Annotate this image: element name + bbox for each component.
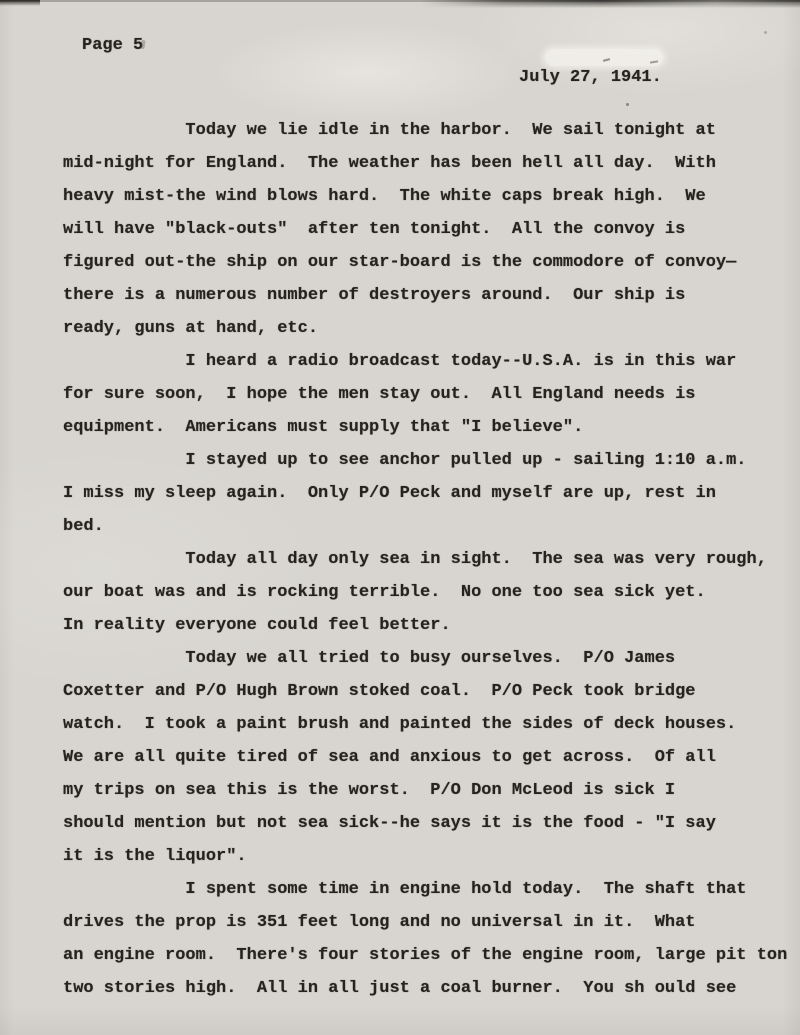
text-line: should mention but not sea sick--he says… [63, 807, 793, 840]
whiteout-smudge [545, 49, 663, 66]
scan-edge-artifact [420, 0, 800, 8]
text-line: I spent some time in engine hold today. … [63, 873, 793, 906]
text-line: two stories high. All in all just a coal… [63, 972, 793, 1005]
text-line: heavy mist-the wind blows hard. The whit… [63, 180, 793, 213]
text-line: We are all quite tired of sea and anxiou… [63, 741, 793, 774]
text-line: bed. [63, 510, 793, 543]
scanned-diary-page: Page 5 July 27, 1941. Today we lie idle … [0, 0, 800, 1035]
text-line: an engine room. There's four stories of … [63, 939, 793, 972]
text-line: our boat was and is rocking terrible. No… [63, 576, 793, 609]
text-line: Today we all tried to busy ourselves. P/… [63, 642, 793, 675]
text-line: it is the liquor". [63, 840, 793, 873]
text-line: mid-night for England. The weather has b… [63, 147, 793, 180]
text-line: I stayed up to see anchor pulled up - sa… [63, 444, 793, 477]
text-line: Today we lie idle in the harbor. We sail… [63, 114, 793, 147]
text-line: I miss my sleep again. Only P/O Peck and… [63, 477, 793, 510]
smudge [140, 40, 145, 49]
scan-edge-artifact [0, 0, 40, 6]
text-line: In reality everyone could feel better. [63, 609, 793, 642]
text-line: will have "black-outs" after ten tonight… [63, 213, 793, 246]
text-line: Coxetter and P/O Hugh Brown stoked coal.… [63, 675, 793, 708]
text-line: there is a numerous number of destroyers… [63, 279, 793, 312]
text-line: watch. I took a paint brush and painted … [63, 708, 793, 741]
text-line: equipment. Americans must supply that "I… [63, 411, 793, 444]
text-line: I heard a radio broadcast today--U.S.A. … [63, 345, 793, 378]
text-line: Today all day only sea in sight. The sea… [63, 543, 793, 576]
date-line: July 27, 1941. [519, 68, 662, 87]
text-line: drives the prop is 351 feet long and no … [63, 906, 793, 939]
text-line: for sure soon, I hope the men stay out. … [63, 378, 793, 411]
ink-speck [764, 31, 767, 34]
text-line: my trips on sea this is the worst. P/O D… [63, 774, 793, 807]
page-number-label: Page 5 [82, 36, 143, 55]
diary-text: Today we lie idle in the harbor. We sail… [63, 114, 793, 1005]
text-line: ready, guns at hand, etc. [63, 312, 793, 345]
ink-speck [626, 103, 629, 106]
text-line: figured out-the ship on our star-board i… [63, 246, 793, 279]
